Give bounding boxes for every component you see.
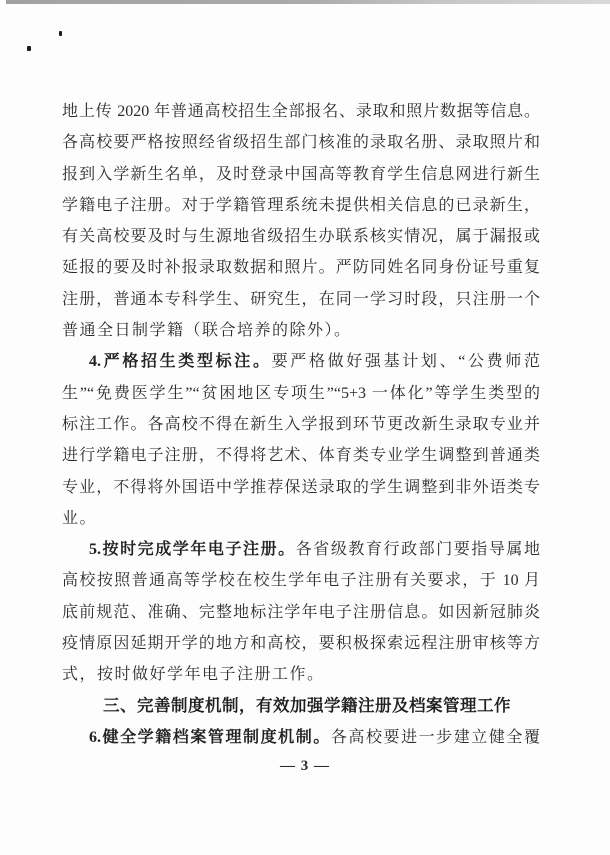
- item-6-label: 6.健全学籍档案管理制度机制。: [89, 729, 331, 746]
- text-line: 地上传 2020 年普通高校招生全部报名、录取和照片数据等信息。: [62, 96, 540, 127]
- text-line: 报到入学新生名单，及时登录中国高等教育学生信息网进行新生: [62, 159, 540, 190]
- line-text: 疫情原因延期开学的地方和高校，要积极探索远程注册审核等方: [62, 635, 540, 652]
- section-3-heading: 三、完善制度机制，有效加强学籍注册及档案管理工作: [62, 691, 540, 722]
- text-line: 标注工作。各高校不得在新生入学报到环节更改新生录取专业并: [62, 409, 540, 440]
- text-line: 专业，不得将外国语中学推荐保送录取的学生调整到非外语类专: [62, 472, 540, 503]
- paragraph-end-line: 业。: [62, 503, 540, 534]
- line-text: 生”“免费医学生”“贫困地区专项生”“5+3 一体化”等学生类型的: [62, 385, 540, 402]
- paragraph-end-line: 普通全日制学籍（联合培养的除外）。: [62, 315, 540, 346]
- page-number: — 3 —: [0, 758, 610, 775]
- text-line: 进行学籍电子注册，不得将艺术、体育类专业学生调整到普通类: [62, 440, 540, 471]
- line-text: 各高校要严格按照经省级招生部门核准的录取名册、录取照片和: [62, 134, 540, 151]
- line-text: 普通全日制学籍（联合培养的除外）。: [62, 322, 352, 339]
- line-text: 报到入学新生名单，及时登录中国高等教育学生信息网进行新生: [62, 166, 540, 183]
- line-text: 要严格做好强基计划、“公费师范: [272, 353, 540, 370]
- line-text: 标注工作。各高校不得在新生入学报到环节更改新生录取专业并: [62, 416, 540, 433]
- item-6-first-line: 6.健全学籍档案管理制度机制。各高校要进一步建立健全覆: [62, 722, 540, 753]
- text-line: 学籍电子注册。对于学籍管理系统未提供相关信息的已录新生，: [62, 190, 540, 221]
- item-5-first-line: 5.按时完成学年电子注册。各省级教育行政部门要指导属地: [62, 534, 540, 565]
- line-text: 有关高校要及时与生源地省级招生办联系核实情况，属于漏报或: [62, 228, 540, 245]
- document-body: 地上传 2020 年普通高校招生全部报名、录取和照片数据等信息。 各高校要严格按…: [62, 96, 540, 753]
- paragraph-end-line: 式，按时做好学年电子注册工作。: [62, 659, 540, 690]
- line-text: 地上传 2020 年普通高校招生全部报名、录取和照片数据等信息。: [62, 103, 540, 120]
- scan-speck: [27, 46, 31, 51]
- text-line: 疫情原因延期开学的地方和高校，要积极探索远程注册审核等方: [62, 628, 540, 659]
- line-text: 专业，不得将外国语中学推荐保送录取的学生调整到非外语类专: [62, 479, 540, 496]
- text-line: 生”“免费医学生”“贫困地区专项生”“5+3 一体化”等学生类型的: [62, 378, 540, 409]
- scan-artifact-top-band: [6, 0, 610, 4]
- line-text: 学籍电子注册。对于学籍管理系统未提供相关信息的已录新生，: [62, 197, 540, 214]
- text-line: 高校按照普通高等学校在校生学年电子注册有关要求，于 10 月: [62, 565, 540, 596]
- line-text: 各省级教育行政部门要指导属地: [296, 541, 540, 558]
- scanned-document-page: 地上传 2020 年普通高校招生全部报名、录取和照片数据等信息。 各高校要严格按…: [0, 0, 610, 855]
- line-text: 延报的要及时补报录取数据和照片。严防同姓名同身份证号重复: [62, 259, 540, 276]
- item-5-label: 5.按时完成学年电子注册。: [89, 541, 296, 558]
- line-text: 高校按照普通高等学校在校生学年电子注册有关要求，于 10 月: [62, 572, 540, 589]
- line-text: 进行学籍电子注册，不得将艺术、体育类专业学生调整到普通类: [62, 447, 540, 464]
- text-line: 各高校要严格按照经省级招生部门核准的录取名册、录取照片和: [62, 127, 540, 158]
- line-text: 式，按时做好学年电子注册工作。: [62, 666, 325, 683]
- line-text: 注册，普通本专科学生、研究生，在同一学习时段，只注册一个: [62, 291, 540, 308]
- text-line: 延报的要及时补报录取数据和照片。严防同姓名同身份证号重复: [62, 252, 540, 283]
- item-4-label: 4.严格招生类型标注。: [89, 353, 272, 370]
- heading-text: 三、完善制度机制，有效加强学籍注册及档案管理工作: [103, 697, 511, 715]
- line-text: 业。: [62, 510, 97, 527]
- text-line: 底前规范、准确、完整地标注学年电子注册信息。如因新冠肺炎: [62, 597, 540, 628]
- line-text: 底前规范、准确、完整地标注学年电子注册信息。如因新冠肺炎: [62, 604, 540, 621]
- item-4-first-line: 4.严格招生类型标注。要严格做好强基计划、“公费师范: [62, 346, 540, 377]
- text-line: 注册，普通本专科学生、研究生，在同一学习时段，只注册一个: [62, 284, 540, 315]
- text-line: 有关高校要及时与生源地省级招生办联系核实情况，属于漏报或: [62, 221, 540, 252]
- scan-speck: [59, 31, 62, 36]
- line-text: 各高校要进一步建立健全覆: [331, 729, 540, 746]
